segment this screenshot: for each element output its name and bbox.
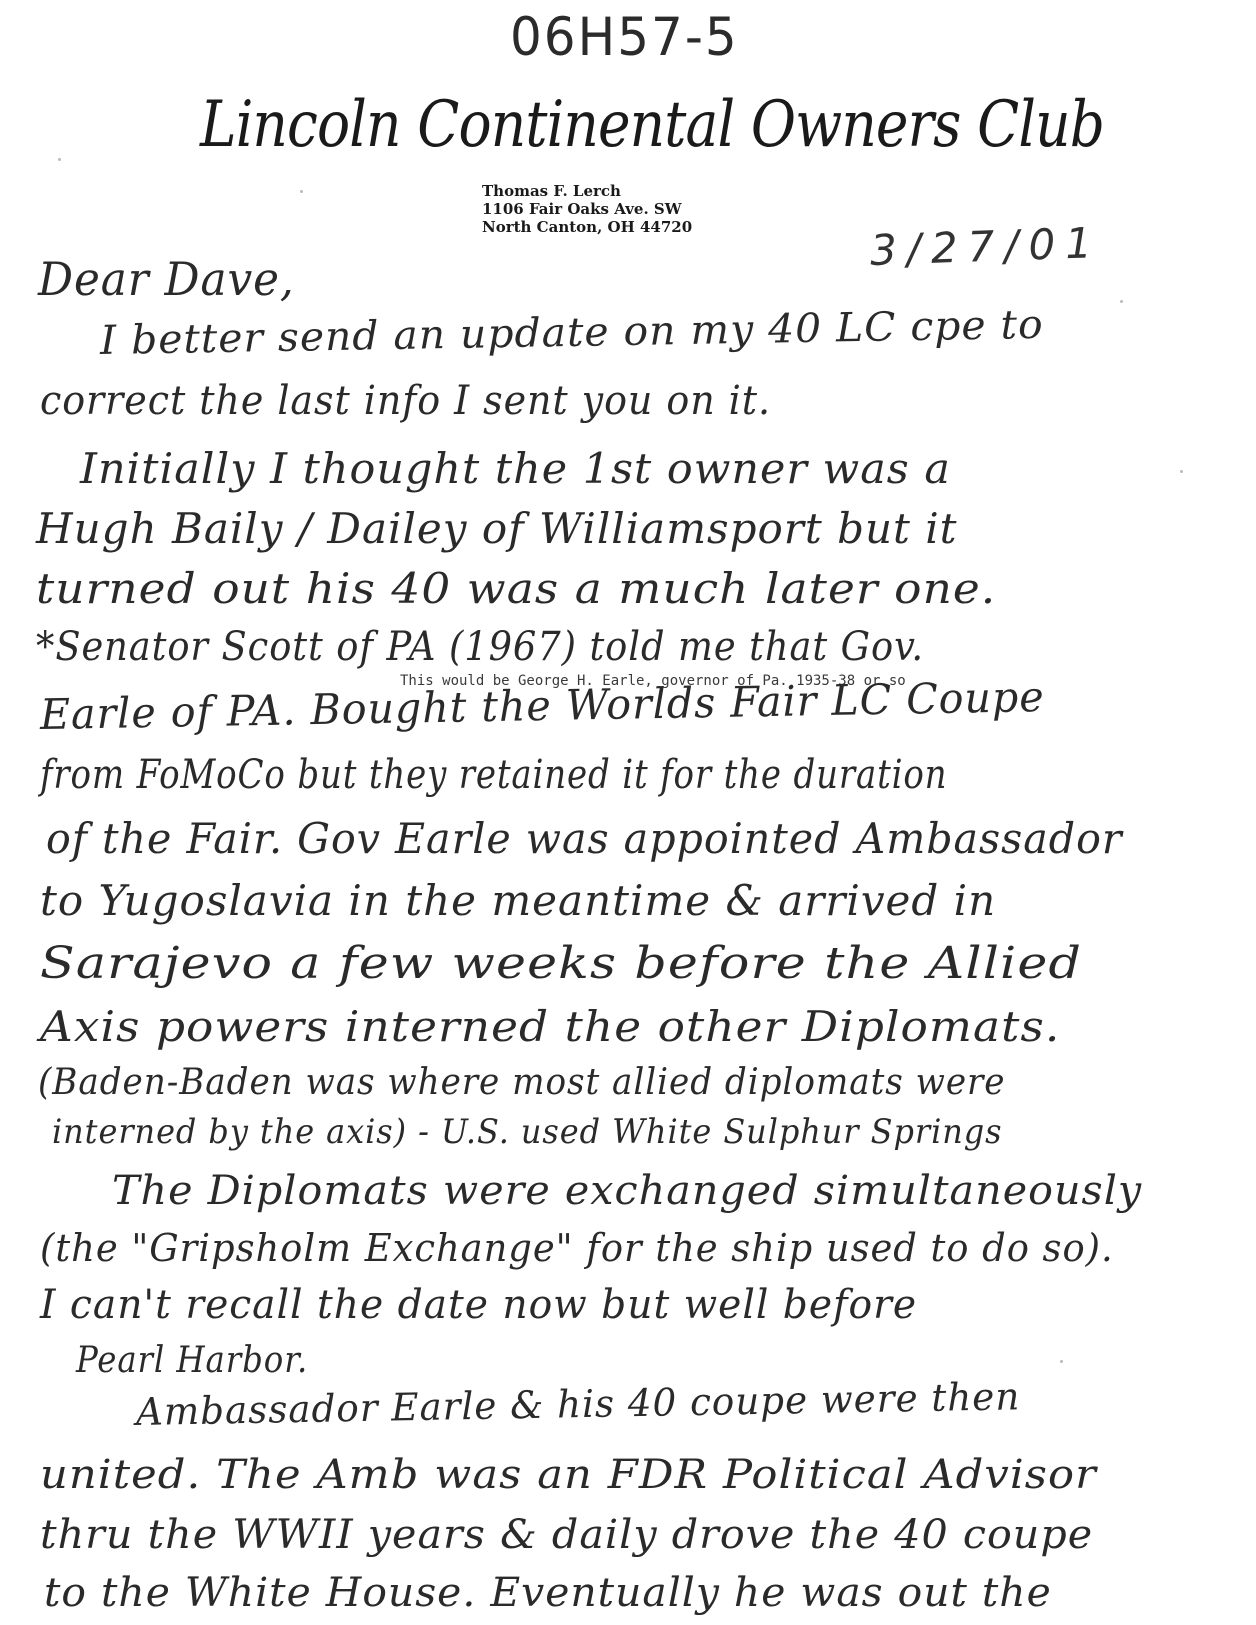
handwritten-line: Pearl Harbor. [76,1340,308,1381]
handwritten-line: from FoMoCo but they retained it for the… [40,752,947,798]
scan-speck [300,190,303,193]
handwritten-line: I can't recall the date now but well bef… [40,1282,917,1328]
sender-name: Thomas F. Lerch [482,182,692,200]
scan-speck [1120,300,1123,303]
salutation: Dear Dave, [38,252,295,306]
handwritten-line: to the White House. Eventually he was ou… [44,1570,1052,1616]
handwritten-line: Sarajevo a few weeks before the Allied [40,938,1082,989]
letter-date: 3/27/01 [869,218,1102,275]
handwritten-line: turned out his 40 was a much later one. [36,564,996,613]
handwritten-line: The Diplomats were exchanged simultaneou… [112,1168,1142,1214]
handwritten-line: correct the last info I sent you on it. [40,378,771,424]
handwritten-line: interned by the axis) - U.S. used White … [52,1112,1003,1152]
file-number: 06H57-5 [510,7,739,68]
handwritten-line: (the "Gripsholm Exchange" for the ship u… [40,1226,1114,1270]
handwritten-line: *Senator Scott of PA (1967) told me that… [36,624,924,670]
handwritten-line: (Baden-Baden was where most allied diplo… [38,1062,1006,1103]
sender-street: 1106 Fair Oaks Ave. SW [482,200,692,218]
letterhead-address: Thomas F. Lerch 1106 Fair Oaks Ave. SW N… [482,182,692,236]
handwritten-line: I better send an update on my 40 LC cpe … [100,302,1044,364]
handwritten-line: Ambassador Earle & his 40 coupe were the… [136,1374,1021,1434]
handwritten-line: Initially I thought the 1st owner was a [80,444,951,493]
handwritten-line: to Yugoslavia in the meantime & arrived … [40,876,996,925]
handwritten-line: Earle of PA. Bought the Worlds Fair LC C… [40,672,1045,739]
letterhead-organization: Lincoln Continental Owners Club [200,88,871,162]
handwritten-line: thru the WWII years & daily drove the 40… [40,1512,1093,1558]
scan-speck [1180,470,1183,473]
handwritten-line: united. The Amb was an FDR Political Adv… [40,1452,1097,1498]
scan-speck [1060,1360,1063,1363]
sender-city: North Canton, OH 44720 [482,218,692,236]
letter-page: 06H57-5 Lincoln Continental Owners Club … [0,0,1256,1625]
handwritten-line: Axis powers interned the other Diplomats… [40,1002,1060,1051]
handwritten-line: Hugh Baily / Dailey of Williamsport but … [36,504,958,553]
scan-speck [58,158,61,161]
handwritten-line: of the Fair. Gov Earle was appointed Amb… [46,814,1123,863]
